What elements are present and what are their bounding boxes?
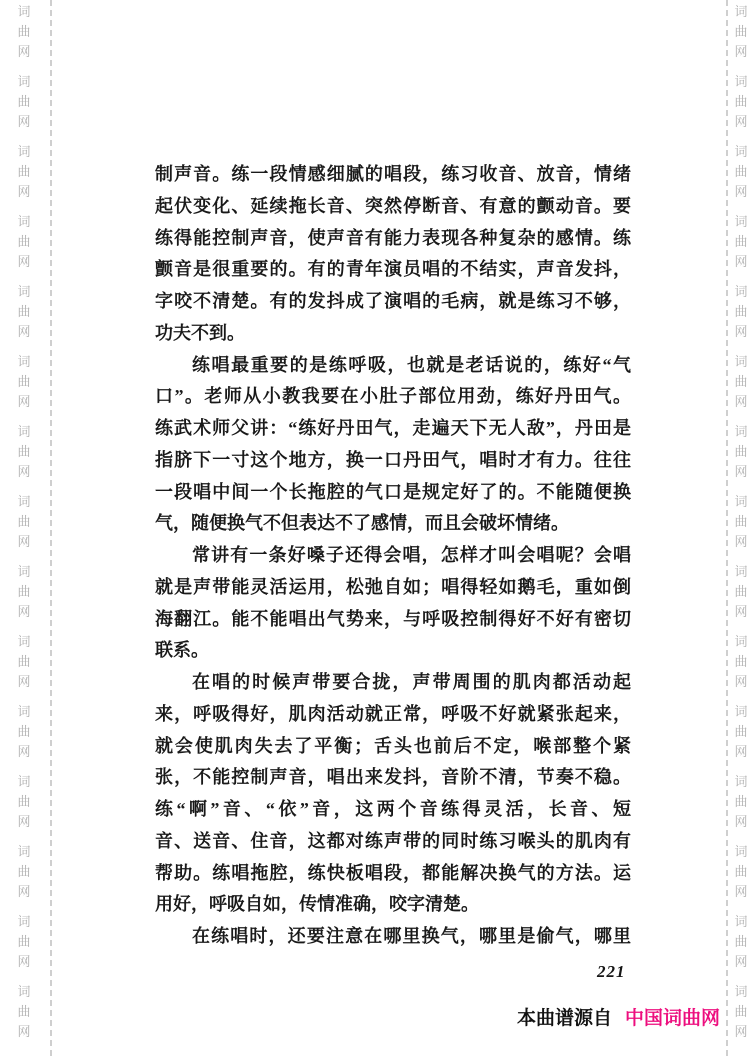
watermark-text: 词曲网 (14, 702, 34, 762)
text-line: 练唱最重要的是练呼吸，也就是老话说的，练好“气 (155, 350, 631, 382)
text-line: 用好，呼吸自如，传情准确，咬字清楚。 (155, 889, 631, 921)
text-line: 联系。 (155, 635, 631, 667)
text-line: 练得能控制声音，使声音有能力表现各种复杂的感情。练 (155, 223, 631, 255)
text-line: 字咬不清楚。有的发抖成了演唱的毛病，就是练习不够， (155, 286, 631, 318)
watermark-column-left: 词曲网词曲网词曲网词曲网词曲网词曲网词曲网词曲网词曲网词曲网词曲网词曲网词曲网词… (14, 2, 34, 1052)
text-line: 一段唱中间一个长拖腔的气口是规定好了的。不能随便换 (155, 477, 631, 509)
text-line: 帮助。练唱拖腔，练快板唱段，都能解决换气的方法。运 (155, 858, 631, 890)
page-number: 221 (597, 962, 626, 982)
body-text: 制声音。练一段情感细腻的唱段，练习收音、放音，情绪起伏变化、延续拖长音、突然停断… (155, 159, 631, 953)
watermark-text: 词曲网 (731, 492, 749, 552)
watermark-text: 词曲网 (731, 212, 749, 272)
watermark-text: 词曲网 (14, 422, 34, 482)
text-line: 在唱的时候声带要合拢，声带周围的肌肉都活动起 (155, 667, 631, 699)
text-line: 制声音。练一段情感细腻的唱段，练习收音、放音，情绪 (155, 159, 631, 191)
left-dashed-divider (50, 0, 52, 1056)
text-line: 就会使肌肉失去了平衡；舌头也前后不定，喉部整个紧 (155, 731, 631, 763)
watermark-text: 词曲网 (731, 2, 749, 62)
watermark-text: 词曲网 (731, 772, 749, 832)
watermark-text: 词曲网 (14, 562, 34, 622)
text-line: 练“啊”音、“依”音，这两个音练得灵活，长音、短 (155, 794, 631, 826)
text-line: 音、送音、住音，这都对练声带的同时练习喉头的肌肉有 (155, 826, 631, 858)
right-dashed-divider (726, 0, 728, 1056)
source-credit: 本曲谱源自 中国词曲网 (517, 1003, 720, 1030)
watermark-text: 词曲网 (731, 72, 749, 132)
source-site-name: 中国词曲网 (625, 1003, 720, 1030)
watermark-text: 词曲网 (14, 282, 34, 342)
watermark-text: 词曲网 (14, 842, 34, 902)
text-line: 颤音是很重要的。有的青年演员唱的不结实，声音发抖， (155, 254, 631, 286)
watermark-text: 词曲网 (731, 422, 749, 482)
watermark-text: 词曲网 (14, 492, 34, 552)
watermark-text: 词曲网 (731, 142, 749, 202)
watermark-text: 词曲网 (731, 352, 749, 412)
watermark-text: 词曲网 (731, 982, 749, 1042)
watermark-text: 词曲网 (14, 2, 34, 62)
watermark-text: 词曲网 (14, 142, 34, 202)
text-line: 起伏变化、延续拖长音、突然停断音、有意的颤动音。要 (155, 191, 631, 223)
text-line: 口”。老师从小教我要在小肚子部位用劲，练好丹田气。 (155, 381, 631, 413)
watermark-text: 词曲网 (731, 842, 749, 902)
watermark-text: 词曲网 (731, 912, 749, 972)
watermark-text: 词曲网 (14, 212, 34, 272)
text-line: 指脐下一寸这个地方，换一口丹田气，唱时才有力。往往 (155, 445, 631, 477)
text-line: 来，呼吸得好，肌肉活动就正常，呼吸不好就紧张起来， (155, 699, 631, 731)
text-line: 气，随便换气不但表达不了感情，而且会破坏情绪。 (155, 508, 631, 540)
watermark-text: 词曲网 (731, 282, 749, 342)
text-line: 海翻江。能不能唱出气势来，与呼吸控制得好不好有密切 (155, 604, 631, 636)
watermark-text: 词曲网 (14, 772, 34, 832)
watermark-text: 词曲网 (14, 632, 34, 692)
text-line: 张，不能控制声音，唱出来发抖，音阶不清，节奏不稳。 (155, 762, 631, 794)
scanned-book-page: 词曲网词曲网词曲网词曲网词曲网词曲网词曲网词曲网词曲网词曲网词曲网词曲网词曲网词… (0, 0, 749, 1056)
text-line: 功夫不到。 (155, 318, 631, 350)
text-line: 练武术师父讲：“练好丹田气，走遍天下无人敌”，丹田是 (155, 413, 631, 445)
watermark-text: 词曲网 (14, 352, 34, 412)
watermark-column-right: 词曲网词曲网词曲网词曲网词曲网词曲网词曲网词曲网词曲网词曲网词曲网词曲网词曲网词… (731, 2, 749, 1052)
text-line: 就是声带能灵活运用，松弛自如；唱得轻如鹅毛，重如倒 (155, 572, 631, 604)
source-credit-label: 本曲谱源自 (517, 1003, 612, 1030)
watermark-text: 词曲网 (14, 982, 34, 1042)
watermark-text: 词曲网 (731, 632, 749, 692)
watermark-text: 词曲网 (14, 912, 34, 972)
text-line: 常讲有一条好嗓子还得会唱，怎样才叫会唱呢？会唱 (155, 540, 631, 572)
text-line: 在练唱时，还要注意在哪里换气，哪里是偷气，哪里 (155, 921, 631, 953)
watermark-text: 词曲网 (731, 562, 749, 622)
watermark-text: 词曲网 (731, 702, 749, 762)
watermark-text: 词曲网 (14, 72, 34, 132)
